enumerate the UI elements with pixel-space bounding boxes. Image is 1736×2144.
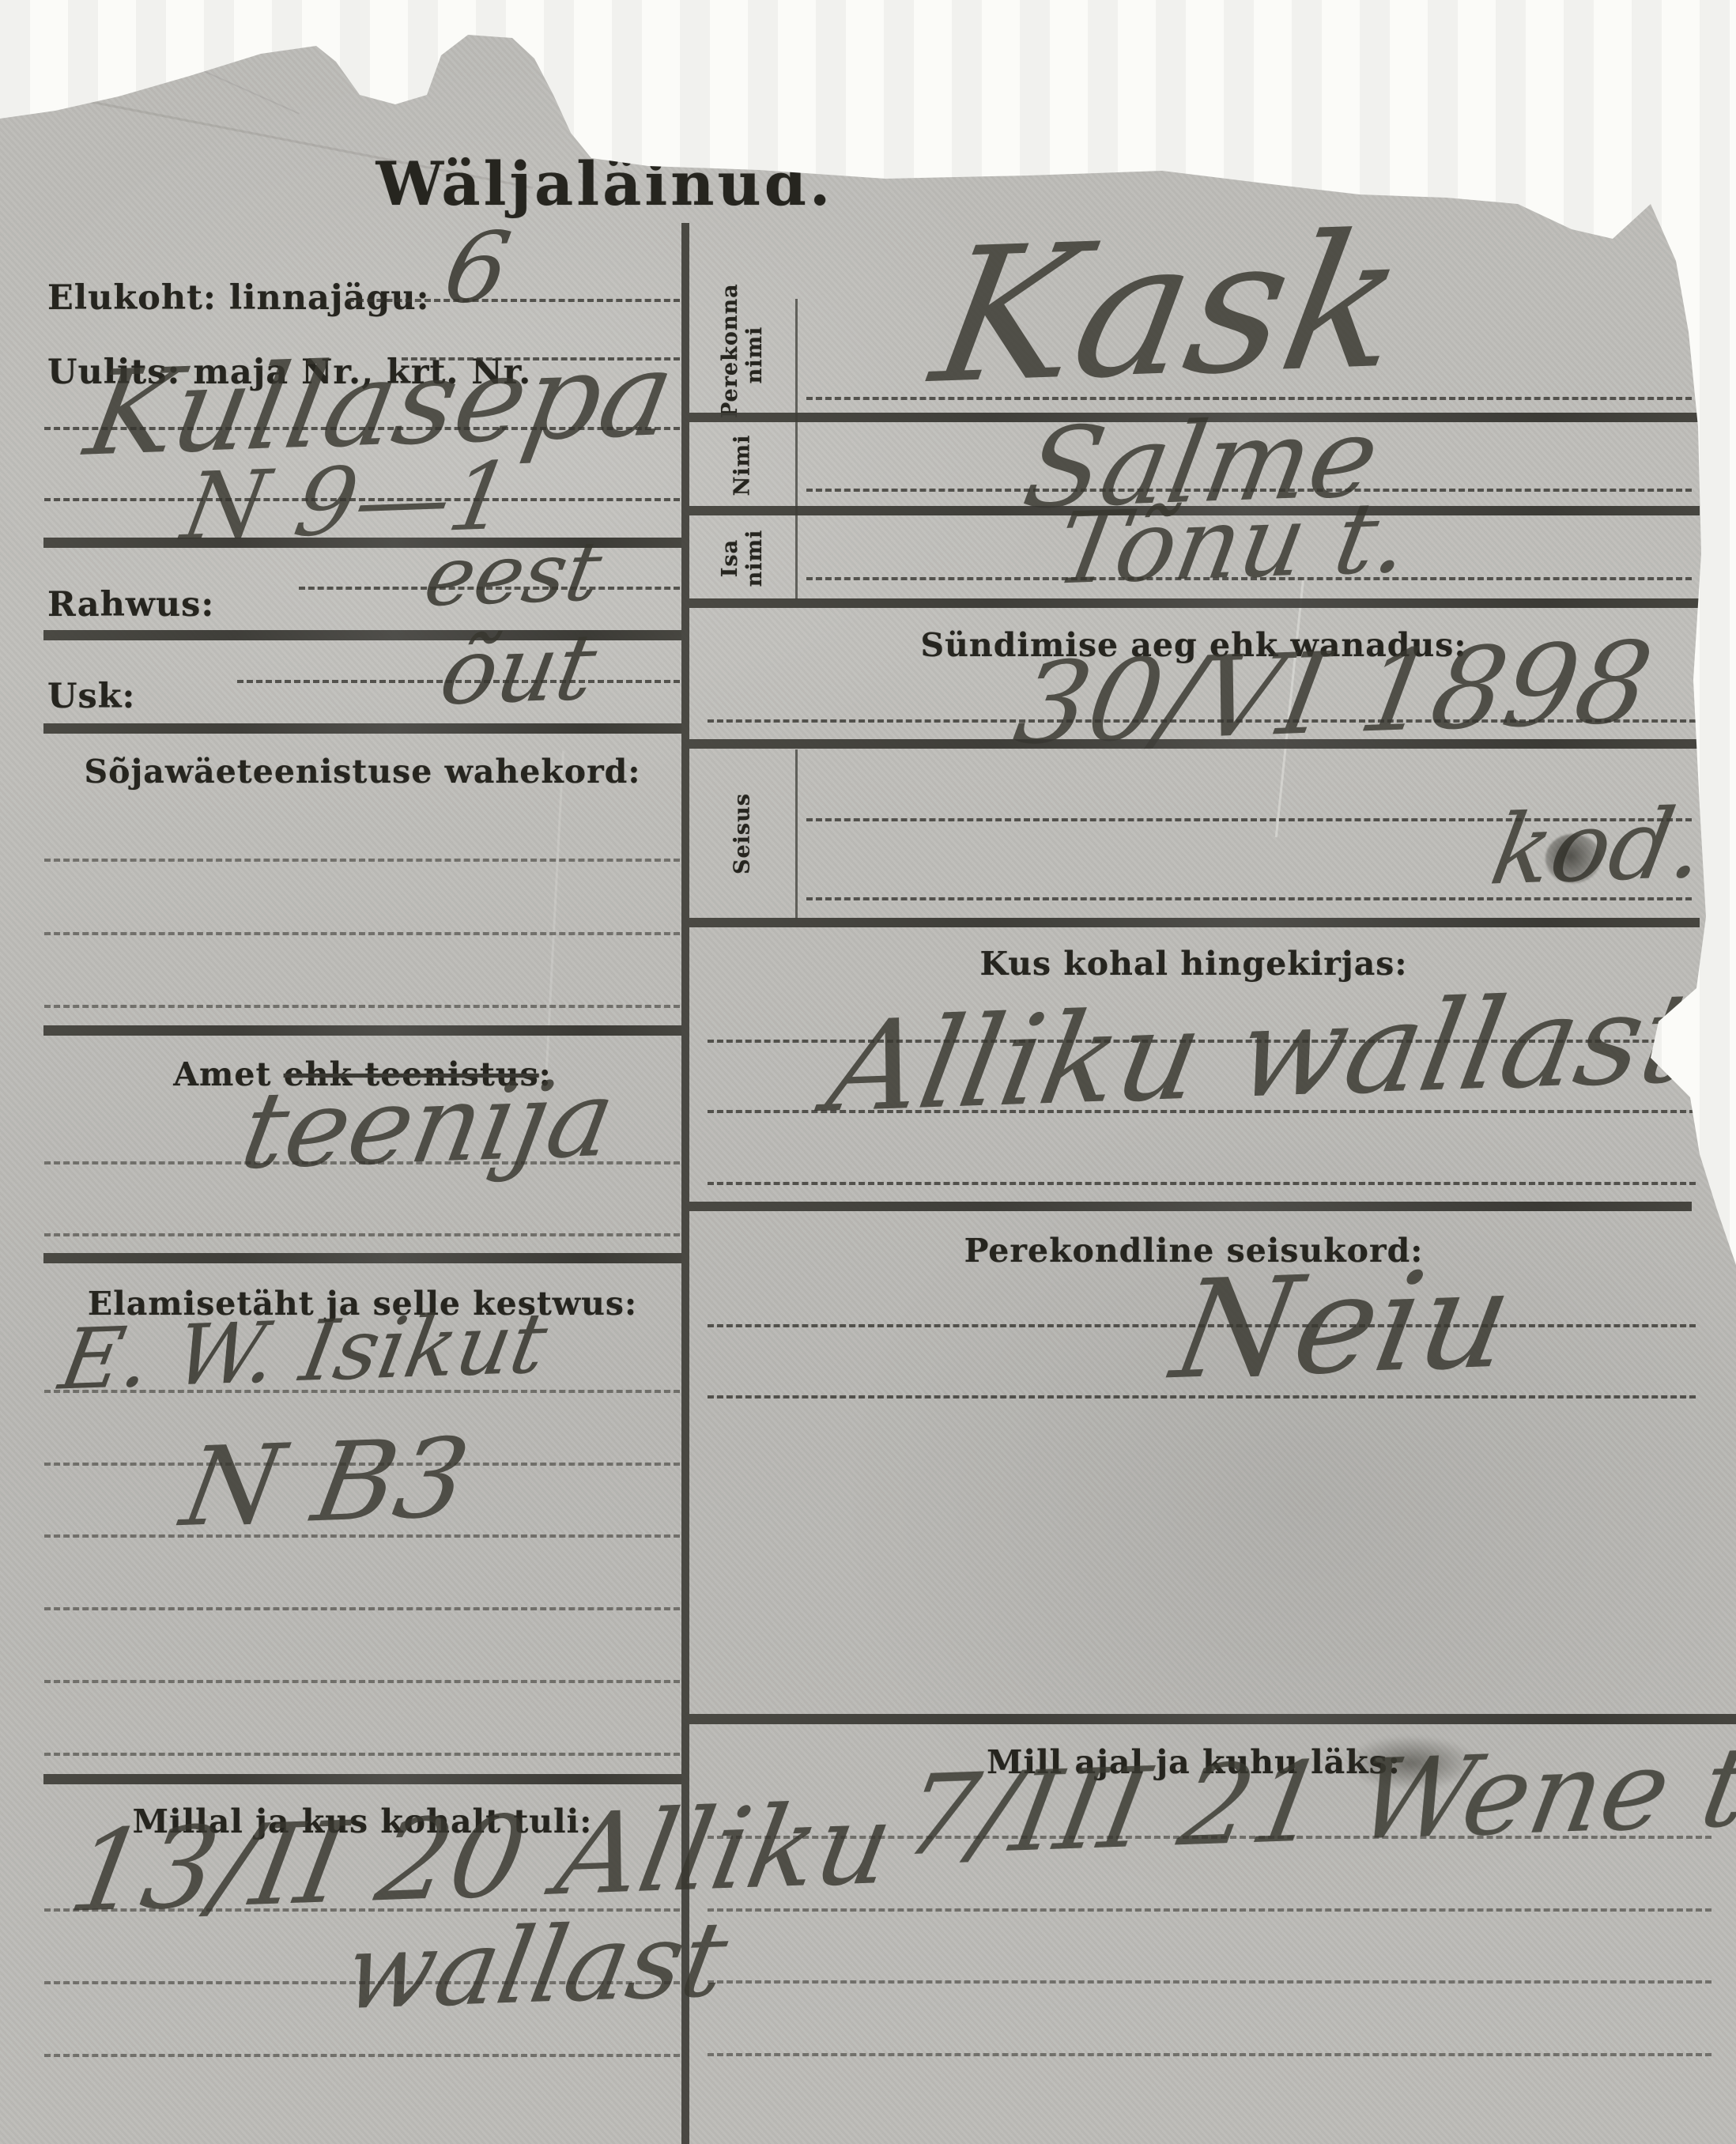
parish-register-handwriting: Alliku wallast: [818, 965, 1706, 1141]
dotted-line: [44, 1607, 680, 1610]
dotted-line: [44, 498, 680, 501]
rahwus-label: Rahwus:: [47, 585, 214, 625]
paper-crease: [111, 29, 300, 115]
dotted-line: [44, 1005, 680, 1008]
usk-label: Usk:: [47, 677, 135, 716]
dotted-line: [44, 1753, 680, 1756]
surname-handwriting: Kask: [920, 194, 1419, 425]
thick-rule: [689, 918, 1700, 927]
thick-rule: [689, 598, 1700, 608]
street-dotted-line: [44, 427, 680, 430]
military-service-heading: Sõjawäeteenistuse wahekord:: [43, 753, 681, 791]
status-label: Seisus: [730, 781, 754, 887]
father-name-label: Isa nimi: [718, 519, 767, 598]
birthdate-dotted-line: [708, 719, 1696, 723]
marital-status-handwriting: Neiu: [1163, 1240, 1524, 1410]
dotted-line: [44, 1390, 680, 1393]
paper-crease: [501, 0, 708, 130]
dotted-line: [708, 2053, 1711, 2056]
occupation-handwriting: teenija: [233, 1057, 624, 1193]
elukoht-dotted-line: [348, 299, 680, 302]
residence-permit-handwriting-2: N B3: [174, 1414, 478, 1551]
thick-rule: [43, 1253, 681, 1263]
firstname-label-cell: Nimi: [689, 422, 795, 509]
dotted-line: [708, 1908, 1711, 1912]
scanned-paper-sheet: Wäljaläinud. Elukoht: linnajägu: 6 Uulit…: [0, 0, 1736, 2144]
father-name-label-cell: Isa nimi: [689, 515, 795, 601]
dotted-line: [44, 1680, 680, 1683]
dotted-line: [708, 1110, 1696, 1113]
thick-rule: [689, 1714, 1736, 1724]
status-label-cell: Seisus: [689, 749, 795, 919]
thick-rule: [689, 1202, 1692, 1211]
dotted-line: [44, 2054, 680, 2057]
father-name-handwriting: Tõnu t.: [1048, 480, 1418, 606]
elukoht-label: Elukoht: linnajägu:: [47, 278, 430, 318]
label-separator-line: [795, 749, 798, 919]
thick-rule: [43, 723, 681, 734]
surname-label: Perekonna nimi: [718, 293, 767, 419]
dotted-line: [708, 1182, 1696, 1185]
dotted-line: [708, 1980, 1711, 1984]
dotted-line: [708, 1395, 1696, 1399]
dotted-line: [44, 932, 680, 935]
dotted-line: [44, 1534, 680, 1538]
arrival-handwriting-2: wallast: [336, 1899, 736, 2034]
dotted-line: [708, 1836, 1711, 1839]
firstname-label: Nimi: [730, 418, 754, 513]
ink-blot: [1545, 834, 1601, 883]
form-title: Wäljaläinud.: [312, 149, 897, 219]
thick-rule: [43, 1025, 681, 1036]
elukoht-handwriting: 6: [436, 211, 518, 326]
dotted-line: [44, 1161, 680, 1164]
rahwus-handwriting: eest: [417, 523, 608, 625]
dotted-line: [44, 1981, 680, 1984]
dotted-line: [44, 1233, 680, 1236]
usk-handwriting: õut: [432, 614, 603, 727]
dotted-line: [44, 859, 680, 862]
thick-rule: [689, 739, 1700, 749]
label-separator-line: [795, 299, 798, 599]
status-handwriting: kod.: [1483, 787, 1713, 906]
thick-rule: [43, 1774, 681, 1784]
surname-label-cell: Perekonna nimi: [689, 294, 795, 417]
